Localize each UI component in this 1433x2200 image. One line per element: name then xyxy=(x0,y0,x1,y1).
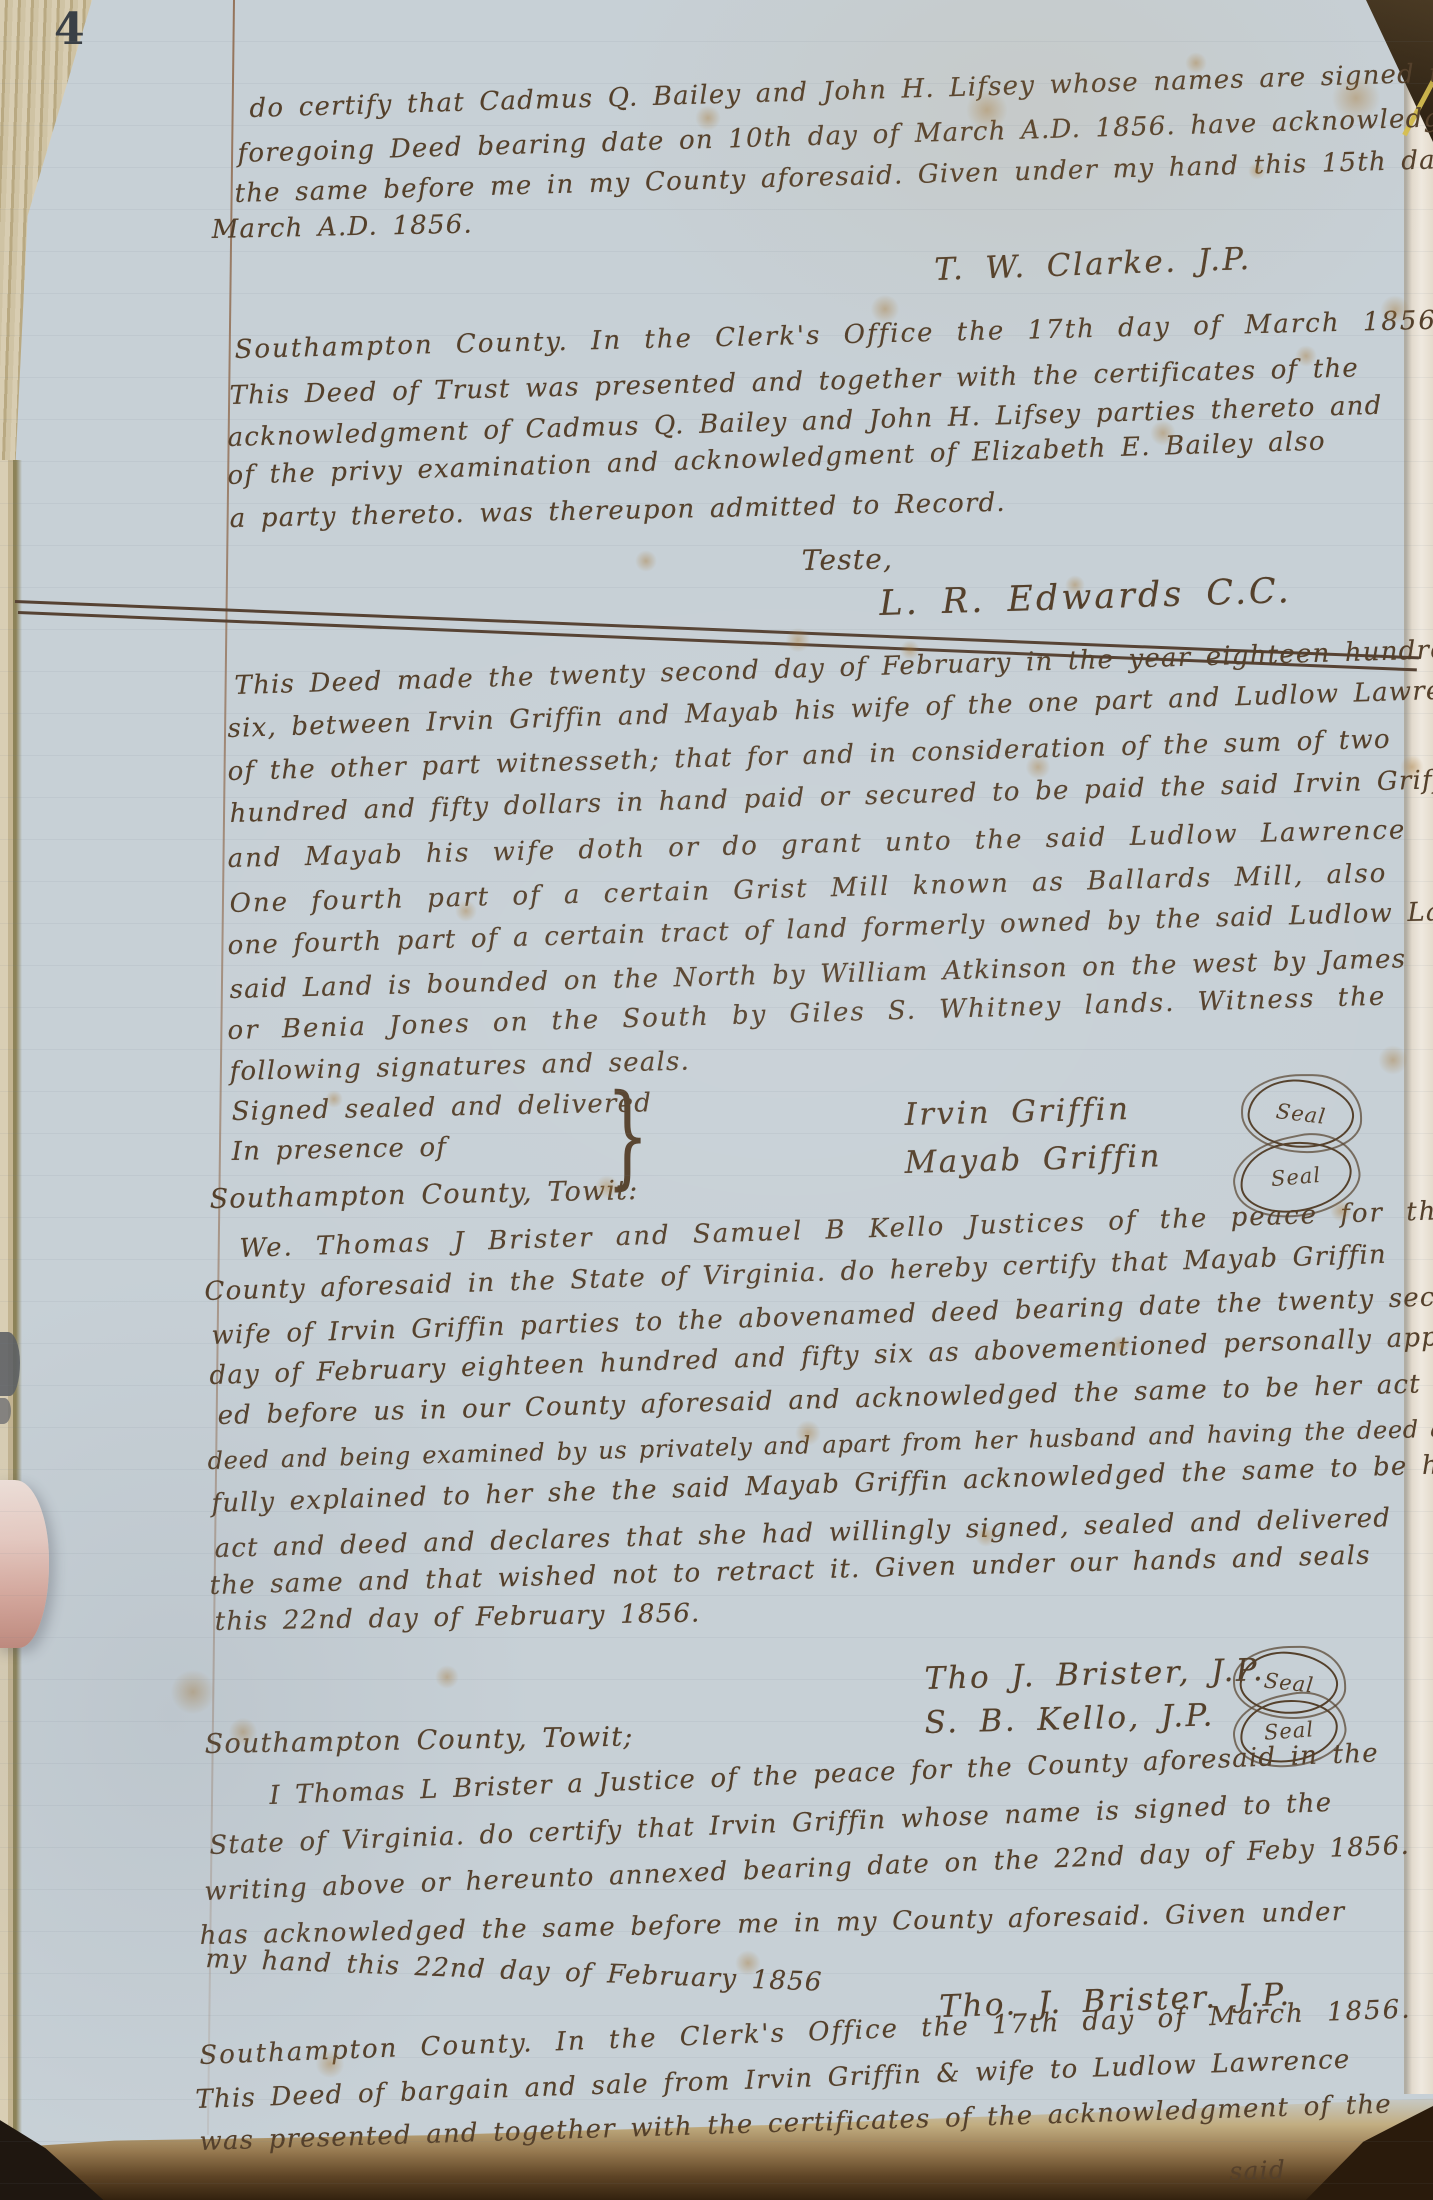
handwriting-line: my hand this 22nd day of February 1856 xyxy=(205,1945,823,1997)
book-page-edges-left-top xyxy=(0,0,92,480)
justice-signature: S. B. Kello, J.P. xyxy=(924,1698,1215,1740)
teste-label: Teste, xyxy=(801,544,893,576)
seal-label: Seal xyxy=(1275,1099,1328,1129)
handwriting-line: has acknowledged the same before me in m… xyxy=(199,1898,1345,1951)
clerk-signature: L. R. Edwards C.C. xyxy=(879,572,1292,623)
finger-at-page-edge xyxy=(0,1480,49,1648)
grantor-signature: Irvin Griffin xyxy=(904,1092,1131,1132)
handwriting-line: March A.D. 1856. xyxy=(211,211,473,245)
page-number: 4 xyxy=(54,4,85,55)
handwriting-line: a party thereto. was thereupon admitted … xyxy=(229,489,1006,534)
attestation-line: In presence of xyxy=(231,1133,447,1166)
book-page-edge-right xyxy=(1404,48,1433,2094)
deed-book-page: 4 do certify that Cadmus Q. Bailey and J… xyxy=(0,0,1433,2200)
attestation-line: Signed sealed and delivered xyxy=(231,1089,652,1126)
foxing-spot xyxy=(435,1665,459,1689)
book-page-edge-left xyxy=(0,460,24,2140)
justice-signature: T. W. Clarke. J.P. xyxy=(934,242,1252,287)
foxing-spot xyxy=(170,1670,216,1714)
foxing-spot xyxy=(635,550,657,572)
county-heading: Southampton County, Towit: xyxy=(209,1176,638,1215)
seal-label: Seal xyxy=(1270,1163,1322,1191)
county-heading: Southampton County, Towit; xyxy=(204,1723,633,1760)
justice-signature: Tho J. Brister, J.P. xyxy=(924,1653,1265,1696)
grantor-signature: Mayab Griffin xyxy=(904,1139,1162,1180)
catchword: said xyxy=(1229,2156,1286,2185)
handwriting-line: this 22nd day of February 1856. xyxy=(215,1600,701,1637)
